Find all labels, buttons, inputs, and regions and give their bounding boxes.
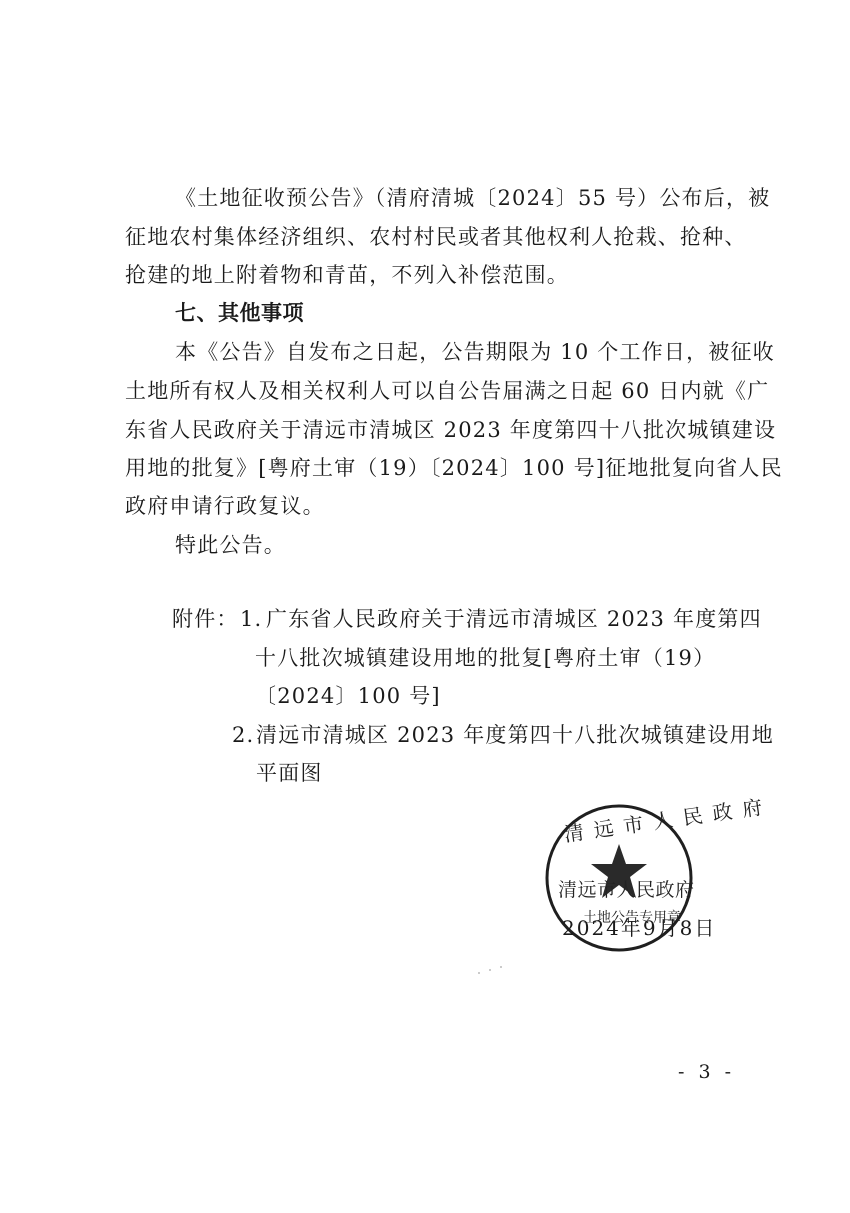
issuer-name: 清远市人民政府 bbox=[558, 876, 695, 904]
paragraph-2-line-1: 本《公告》自发布之日起，公告期限为 10 个工作日，被征收 bbox=[175, 338, 775, 366]
section-7-heading: 七、其他事项 bbox=[175, 299, 304, 327]
attachment-line: 十八批次城镇建设用地的批复[粤府土审（19） bbox=[255, 644, 715, 672]
paragraph-1-line-2: 征地农村集体经济组织、农村村民或者其他权利人抢栽、抢种、 bbox=[125, 223, 747, 251]
closing-statement: 特此公告。 bbox=[175, 531, 286, 559]
attachment-number: 1. bbox=[240, 605, 262, 633]
paragraph-2-line-4: 用地的批复》[粤府土审（19）〔2024〕100 号]征地批复向省人民 bbox=[125, 454, 783, 482]
paragraph-1-line-3: 抢建的地上附着物和青苗，不列入补偿范围。 bbox=[125, 261, 569, 289]
paragraph-1-line-1: 《土地征收预公告》（清府清城〔2024〕55 号）公布后，被 bbox=[175, 184, 770, 212]
document-page: 《土地征收预公告》（清府清城〔2024〕55 号）公布后，被 征地农村集体经济组… bbox=[0, 0, 850, 1213]
paragraph-2-line-5: 政府申请行政复议。 bbox=[125, 492, 325, 520]
attachment-line: 广东省人民政府关于清远市清城区 2023 年度第四 bbox=[266, 605, 762, 633]
paragraph-2-line-2: 土地所有权人及相关权利人可以自公告届满之日起 60 日内就《广 bbox=[125, 377, 769, 405]
attachment-line: 〔2024〕100 号] bbox=[255, 682, 441, 710]
issue-date: 2024年9月8日 bbox=[562, 914, 716, 942]
paragraph-2-line-3: 东省人民政府关于清远市清城区 2023 年度第四十八批次城镇建设 bbox=[125, 416, 776, 444]
scan-speck bbox=[489, 969, 491, 971]
scan-speck bbox=[500, 966, 502, 968]
attachment-number: 2. bbox=[232, 721, 254, 749]
attachment-line: 平面图 bbox=[256, 759, 323, 787]
scan-speck bbox=[478, 972, 480, 974]
attachments-label: 附件： bbox=[172, 605, 239, 633]
page-number: - 3 - bbox=[678, 1060, 735, 1084]
attachment-line: 清远市清城区 2023 年度第四十八批次城镇建设用地 bbox=[256, 721, 774, 749]
